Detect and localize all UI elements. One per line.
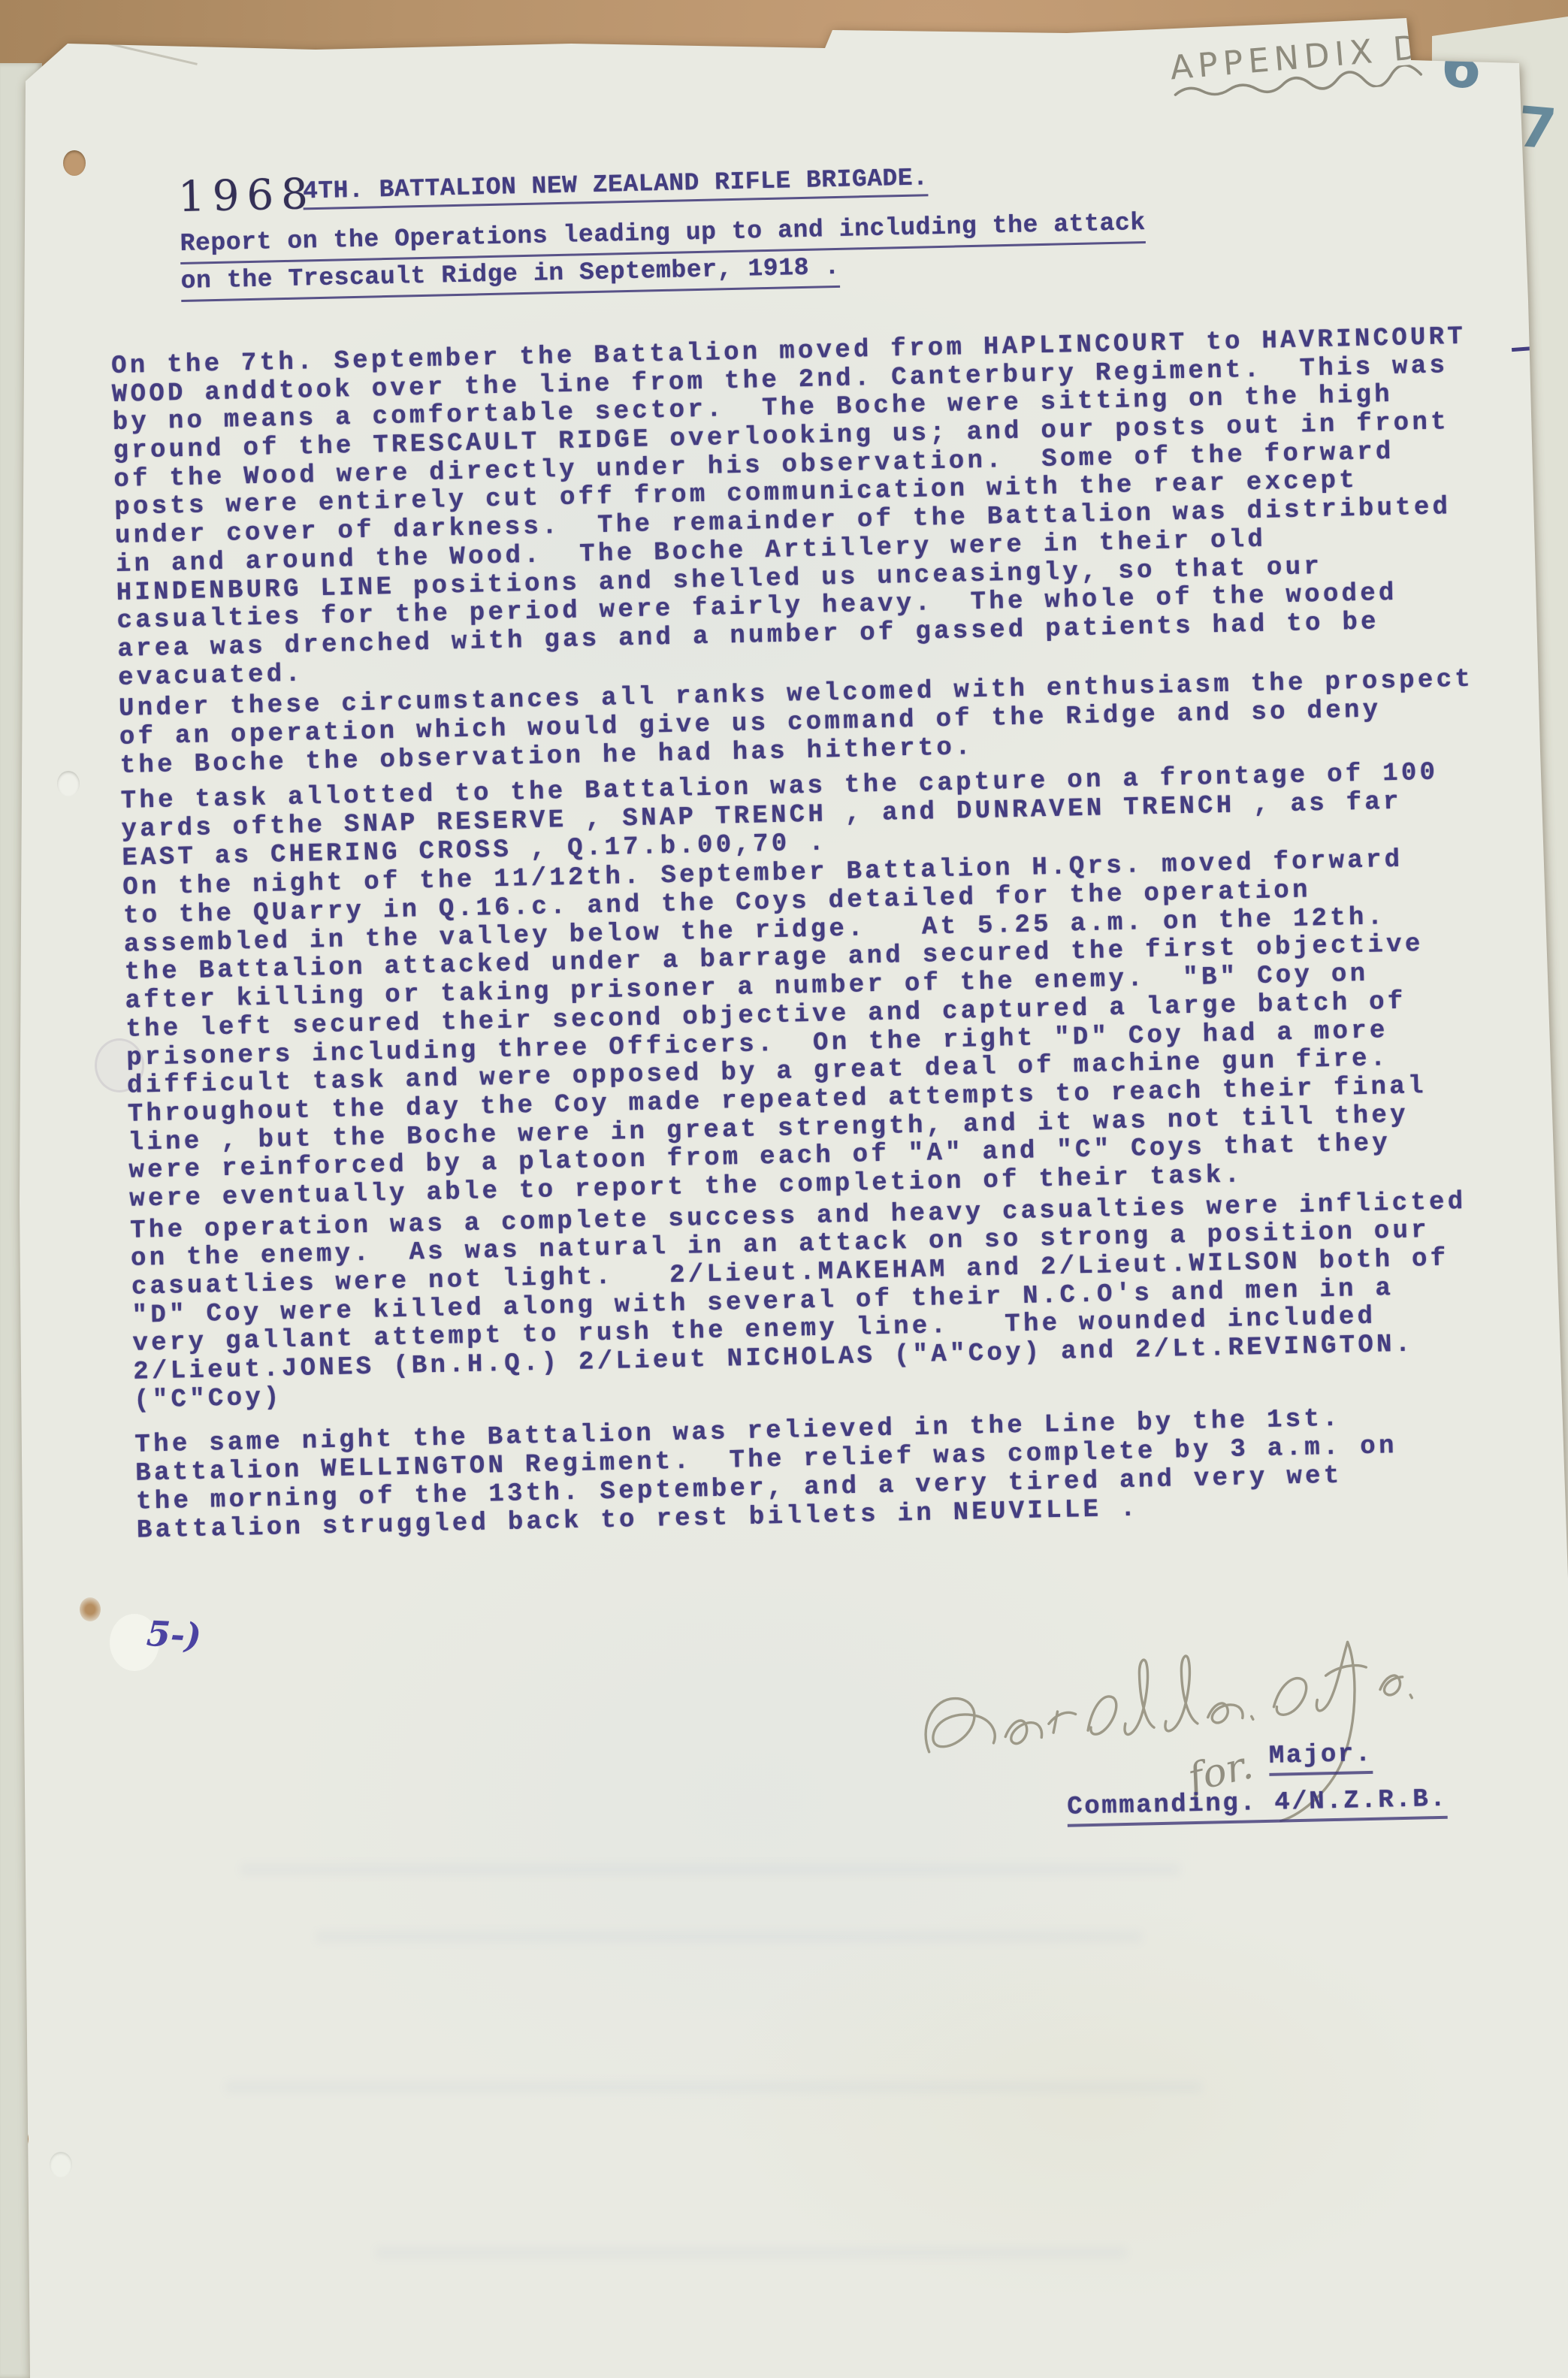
typed-body: On the 7th. September the Battalion move… <box>111 322 1534 1545</box>
margin-note: 5-) <box>146 1613 202 1656</box>
paragraph-4: On the night of the 11/12th. September B… <box>122 845 1527 1215</box>
signature-rank: Major. <box>1268 1740 1373 1776</box>
document-title: Report on the Operations leading up to a… <box>180 206 1147 302</box>
brown-stain <box>2 2123 29 2155</box>
paper-page-wrap: APPENDIX D 6 1968 4TH. BATTALION NEW ZEA… <box>0 0 1568 2378</box>
typed-content: APPENDIX D 6 1968 4TH. BATTALION NEW ZEA… <box>0 0 1568 2378</box>
paragraph-1: On the 7th. September the Battalion move… <box>111 322 1515 693</box>
document-heading: 4TH. BATTALION NEW ZEALAND RIFLE BRIGADE… <box>303 164 929 210</box>
paragraph-6: The same night the Battalion was relieve… <box>134 1402 1534 1546</box>
accession-stamp: 1968 <box>178 170 316 222</box>
scanned-document: 7 APPENDIX D <box>0 0 1568 2378</box>
paper-page: APPENDIX D 6 1968 4TH. BATTALION NEW ZEA… <box>0 0 1568 2378</box>
paragraph-5: The operation was a complete success and… <box>130 1187 1531 1416</box>
appendix-annotation: APPENDIX D <box>1168 29 1428 104</box>
page-number: 6 <box>1438 32 1485 103</box>
margin-dash-mark <box>1512 346 1534 352</box>
